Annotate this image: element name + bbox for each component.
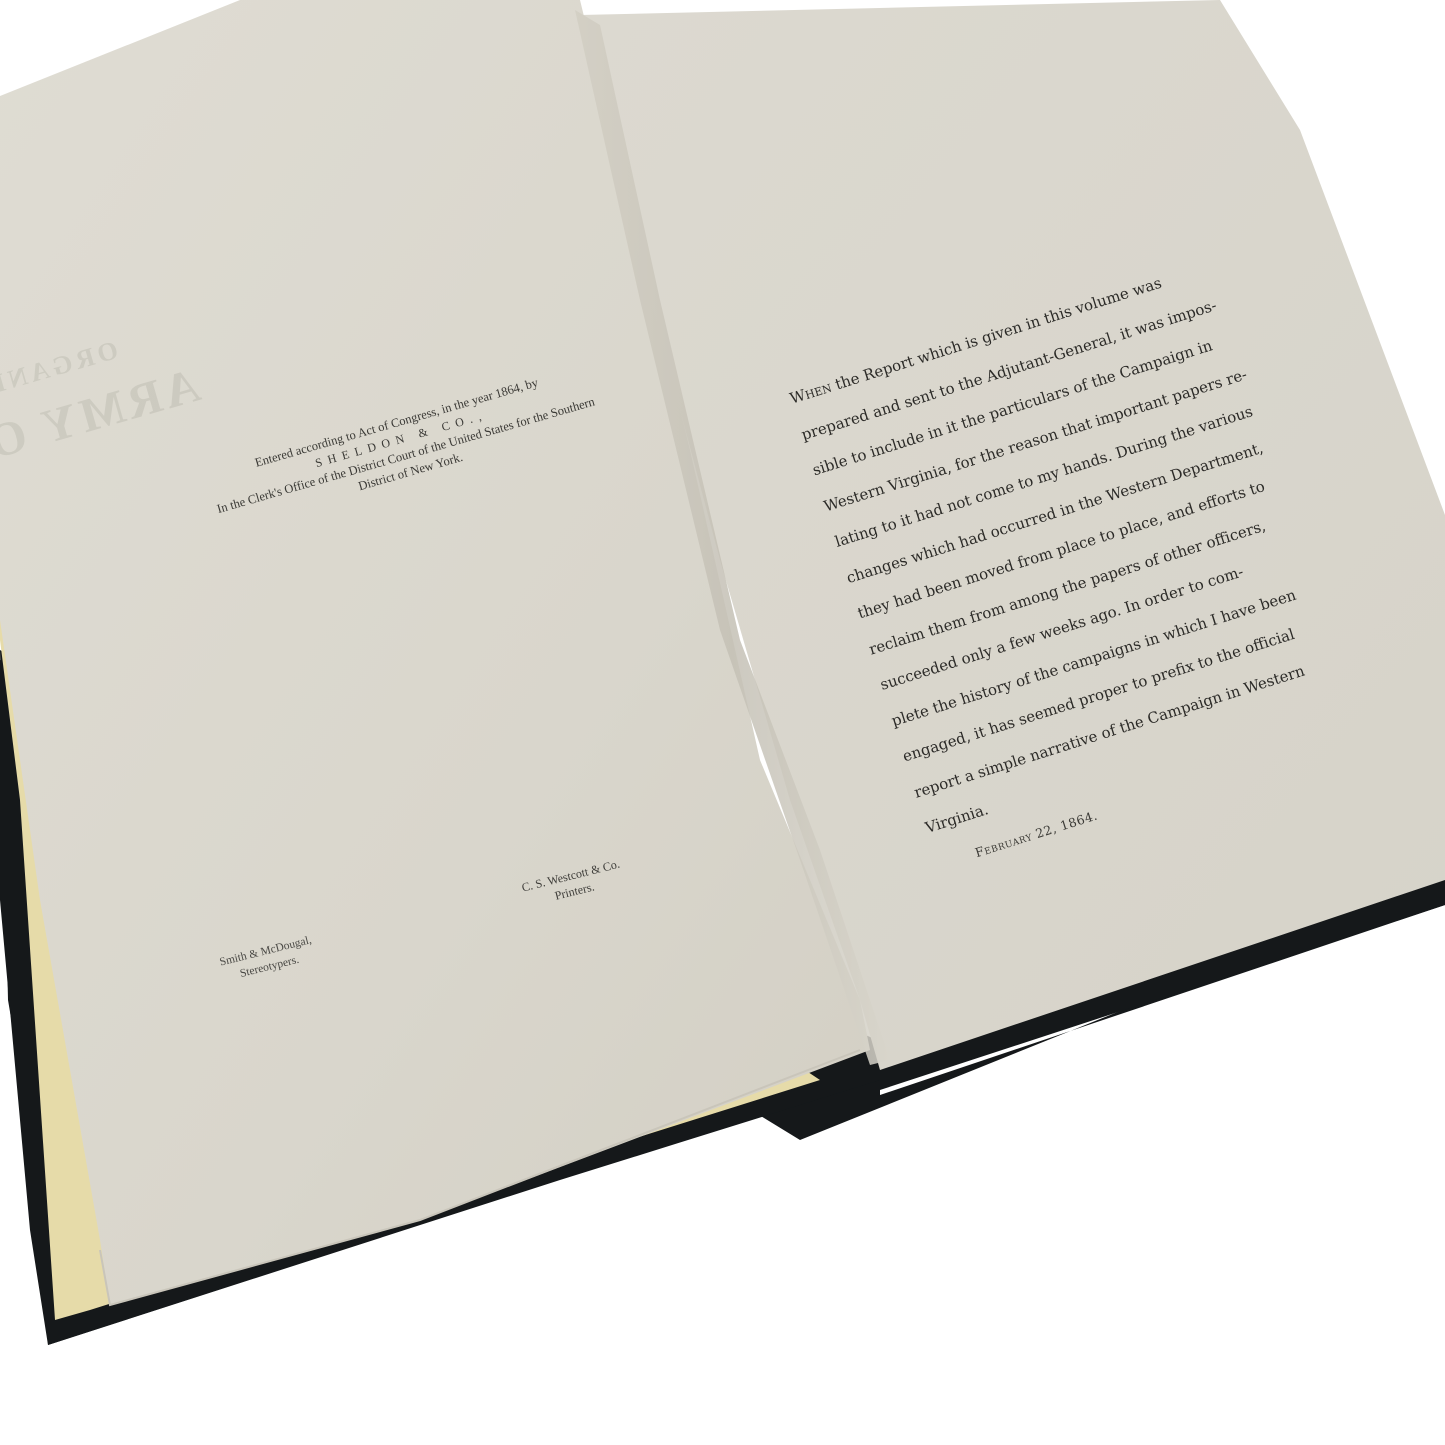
open-book-photo: REPORT ORGANIZATION AND CAMPAIGNS ARMY O… [0,0,1445,1445]
preface-lead-word: When [788,378,834,408]
